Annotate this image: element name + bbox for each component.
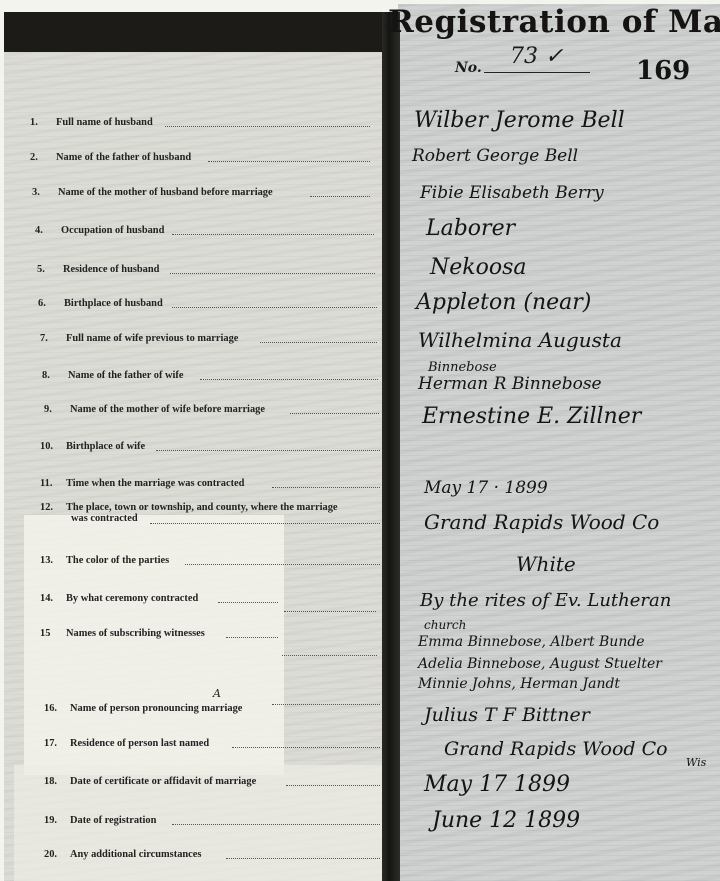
field-label-ceremony: 14.By what ceremony contracted bbox=[40, 593, 198, 604]
dotted-line bbox=[185, 564, 380, 565]
field-label-husband-mother: 3.Name of the mother of husband before m… bbox=[32, 187, 273, 198]
value-wife-father: Herman R Binnebose bbox=[418, 374, 602, 394]
value-marriage-time: May 17 · 1899 bbox=[424, 478, 548, 498]
value-wife-surname: Binnebose bbox=[428, 360, 497, 375]
field-label-husband-father: 2.Name of the father of husband bbox=[30, 152, 191, 163]
value-husband-birthplace: Appleton (near) bbox=[416, 290, 591, 315]
dotted-line bbox=[284, 611, 376, 612]
value-officiant-residence-state: Wis bbox=[686, 756, 706, 769]
page-number: 169 bbox=[636, 56, 690, 86]
dotted-line bbox=[170, 273, 375, 274]
field-label-marriage-place: 12.The place, town or township, and coun… bbox=[40, 502, 338, 524]
field-label-wife-name: 7.Full name of wife previous to marriage bbox=[40, 333, 238, 344]
dotted-line bbox=[272, 487, 380, 488]
dotted-line bbox=[260, 342, 377, 343]
form-left-page bbox=[4, 45, 386, 881]
field-label-wife-mother: 9.Name of the mother of wife before marr… bbox=[44, 404, 265, 415]
field-label-color: 13.The color of the parties bbox=[40, 555, 169, 566]
dotted-line bbox=[165, 126, 370, 127]
value-officiant: Julius T F Bittner bbox=[424, 704, 590, 726]
dotted-line bbox=[172, 824, 380, 825]
value-witnesses-line3: Minnie Johns, Herman Jandt bbox=[418, 676, 620, 692]
dotted-line bbox=[232, 747, 380, 748]
field-label-certificate-date: 18.Date of certificate or affidavit of m… bbox=[44, 776, 256, 787]
value-witnesses-line2: Adelia Binnebose, August Stuelter bbox=[418, 656, 662, 672]
field-label-additional: 20.Any additional circumstances bbox=[44, 849, 201, 860]
dotted-line bbox=[150, 523, 380, 524]
field-label-husband-name: 1.Full name of husband bbox=[30, 117, 153, 128]
value-certificate-date: May 17 1899 bbox=[424, 772, 570, 797]
dotted-line bbox=[208, 161, 370, 162]
field-label-officiant: 16.Name of person pronouncing marriage bbox=[44, 703, 242, 714]
value-wife-name: Wilhelmina Augusta bbox=[418, 328, 622, 352]
dotted-line bbox=[172, 234, 374, 235]
field-label-witnesses: 15Names of subscribing witnesses bbox=[40, 628, 205, 639]
dotted-line bbox=[200, 379, 378, 380]
dotted-line bbox=[156, 450, 380, 451]
field-label-husband-residence: 5.Residence of husband bbox=[37, 264, 159, 275]
dotted-line bbox=[310, 196, 370, 197]
registration-number-line bbox=[484, 72, 590, 73]
dotted-line bbox=[286, 785, 380, 786]
dotted-line bbox=[272, 704, 380, 705]
value-husband-occupation: Laborer bbox=[426, 216, 515, 241]
value-husband-name: Wilber Jerome Bell bbox=[414, 108, 625, 133]
dotted-line bbox=[226, 858, 380, 859]
registration-number-label: No. bbox=[455, 60, 482, 76]
value-color: White bbox=[516, 552, 576, 576]
dotted-line bbox=[218, 602, 278, 603]
scan-border bbox=[4, 12, 390, 52]
field-label-wife-birthplace: 10.Birthplace of wife bbox=[40, 441, 145, 452]
registration-title: Registration of Ma bbox=[388, 4, 720, 40]
value-registration-date: June 12 1899 bbox=[432, 808, 580, 833]
registration-number-value: 73 ✓ bbox=[510, 44, 563, 69]
value-husband-residence: Nekoosa bbox=[430, 255, 527, 280]
faded-region bbox=[24, 515, 284, 775]
field-label-wife-father: 8.Name of the father of wife bbox=[42, 370, 184, 381]
field-label-marriage-time: 11.Time when the marriage was contracted bbox=[40, 478, 244, 489]
field-label-officiant-residence: 17.Residence of person last named bbox=[44, 738, 209, 749]
margin-mark: A bbox=[213, 687, 221, 700]
dotted-line bbox=[226, 637, 278, 638]
field-label-husband-birthplace: 6.Birthplace of husband bbox=[38, 298, 163, 309]
page-divider bbox=[382, 12, 400, 881]
dotted-line bbox=[282, 655, 377, 656]
value-witnesses-line1: Emma Binnebose, Albert Bunde bbox=[418, 634, 645, 650]
value-husband-mother: Fibie Elisabeth Berry bbox=[420, 183, 604, 203]
value-officiant-residence: Grand Rapids Wood Co bbox=[444, 738, 668, 760]
value-ceremony: By the rites of Ev. Lutheran bbox=[420, 590, 671, 611]
field-label-registration-date: 19.Date of registration bbox=[44, 815, 156, 826]
dotted-line bbox=[290, 413, 379, 414]
value-marriage-place: Grand Rapids Wood Co bbox=[424, 510, 659, 534]
value-husband-father: Robert George Bell bbox=[412, 146, 578, 166]
value-wife-mother: Ernestine E. Zillner bbox=[422, 404, 641, 429]
dotted-line bbox=[172, 307, 377, 308]
field-label-husband-occupation: 4.Occupation of husband bbox=[35, 225, 164, 236]
value-ceremony-extra: church bbox=[424, 618, 466, 632]
